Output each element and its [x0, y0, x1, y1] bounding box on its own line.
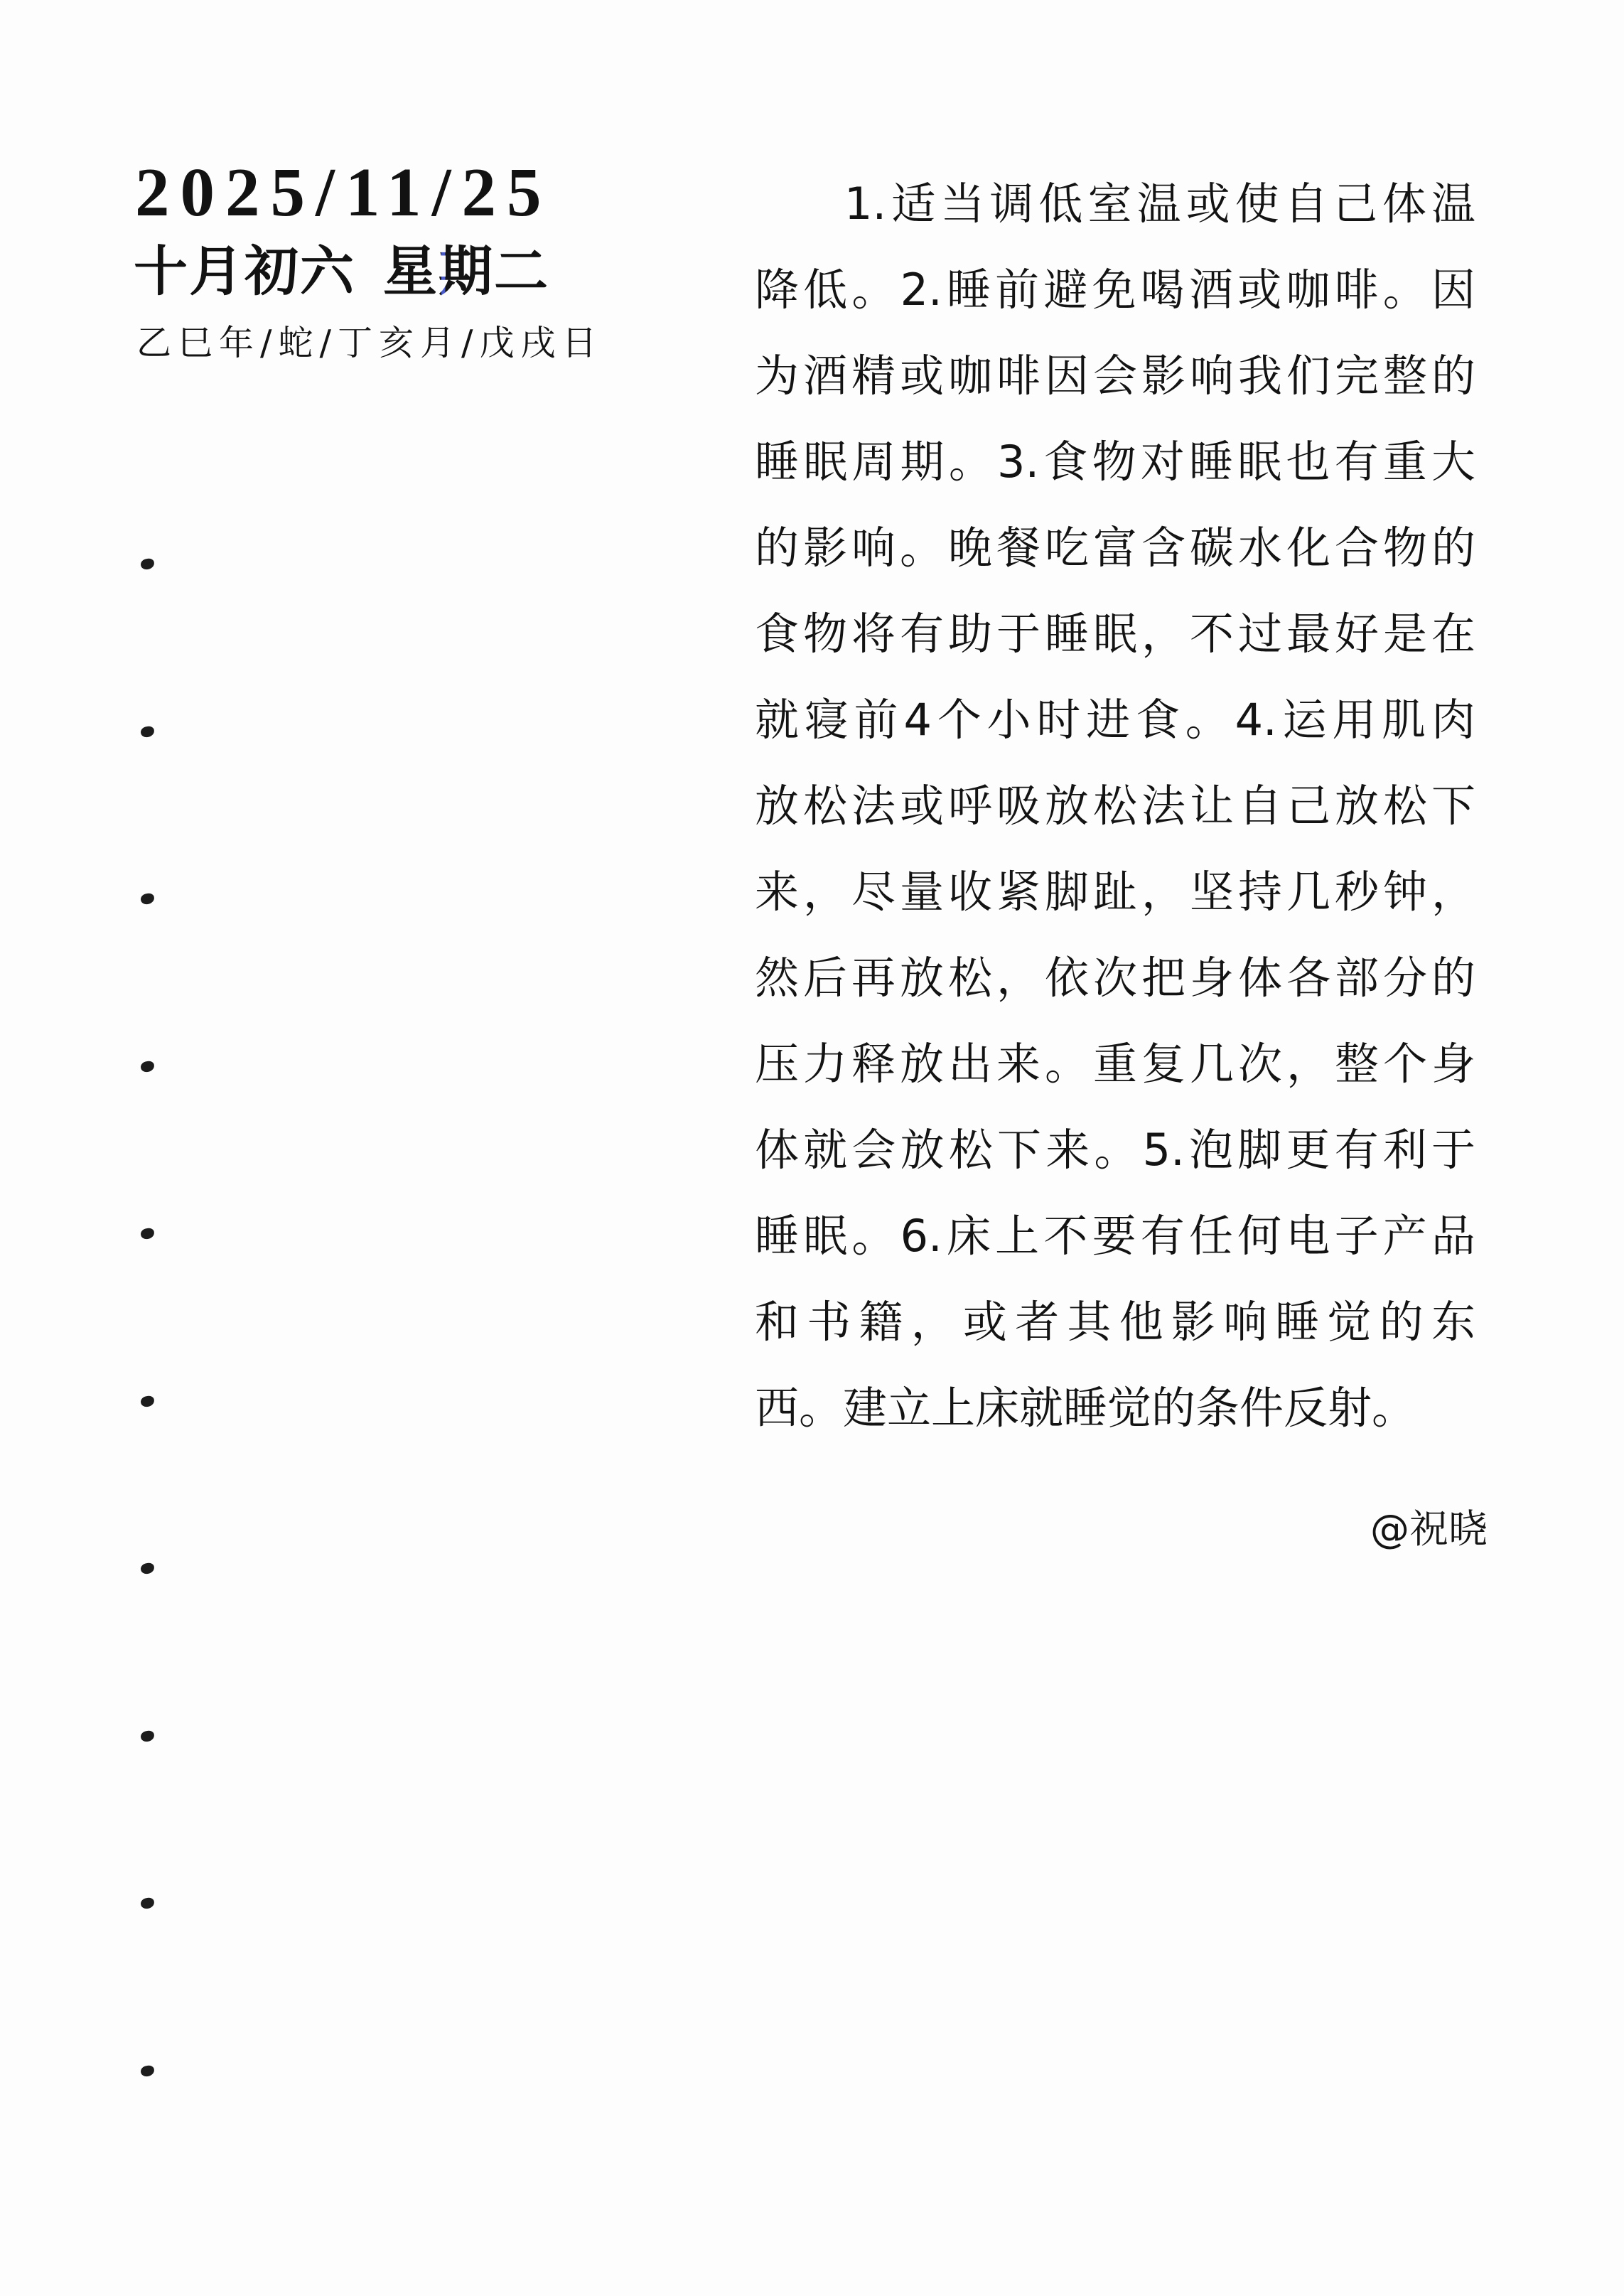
- ganzhi-date: 乙巳年/蛇/丁亥月/戊戌日: [136, 321, 603, 365]
- lunar-date: 十月初六 星期二: [134, 242, 549, 304]
- note-line: 压力释放出来。重复几次，整个身: [755, 1021, 1475, 1107]
- margin-dots: [0, 0, 185, 2296]
- margin-dot: [140, 1228, 155, 1240]
- note-line: 为酒精或咖啡因会影响我们完整的: [755, 333, 1475, 419]
- margin-dot: [140, 1562, 155, 1575]
- margin-dot: [140, 558, 155, 570]
- blue-stroke-char: 期: [439, 242, 494, 302]
- note-line: 西。建立上床就睡觉的条件反射。: [755, 1365, 1475, 1451]
- margin-dot: [140, 893, 155, 905]
- attribution: @祝晓: [1370, 1506, 1488, 1552]
- margin-dot: [140, 1060, 155, 1072]
- note-line: 的影响。晚餐吃富含碳水化合物的: [755, 505, 1475, 591]
- note-line: 和书籍，或者其他影响睡觉的东: [755, 1279, 1475, 1365]
- gregorian-date: 2025/11/25: [135, 155, 552, 231]
- margin-dot: [140, 1897, 155, 1909]
- margin-dot: [140, 725, 155, 737]
- note-line: 睡眠。6.床上不要有任何电子产品: [755, 1193, 1475, 1279]
- note-line: 然后再放松，依次把身体各部分的: [755, 935, 1475, 1021]
- blue-stroke-char: 月: [420, 323, 461, 363]
- note-line: 就寝前4个小时进食。4.运用肌肉: [755, 677, 1475, 763]
- note-line: 食物将有助于睡眠，不过最好是在: [755, 591, 1475, 677]
- note-line: 放松法或呼吸放松法让自己放松下: [755, 763, 1475, 849]
- margin-dot: [140, 1729, 155, 1742]
- margin-dot: [140, 1395, 155, 1407]
- note-line: 降低。2.睡前避免喝酒或咖啡。因: [755, 247, 1475, 333]
- note-line: 1.适当调低室温或使自己体温: [755, 161, 1475, 247]
- margin-dot: [140, 2064, 155, 2076]
- scanned-page: 2025/11/25 十月初六 星期二 乙巳年/蛇/丁亥月/戊戌日 1.适当调低…: [0, 0, 1624, 2296]
- note-line: 来，尽量收紧脚趾，坚持几秒钟，: [755, 849, 1475, 935]
- note-text: 1.适当调低室温或使自己体温降低。2.睡前避免喝酒或咖啡。因为酒精或咖啡因会影响…: [755, 161, 1475, 1451]
- note-line: 睡眠周期。3.食物对睡眠也有重大: [755, 419, 1475, 505]
- note-line: 体就会放松下来。5.泡脚更有利于: [755, 1107, 1475, 1193]
